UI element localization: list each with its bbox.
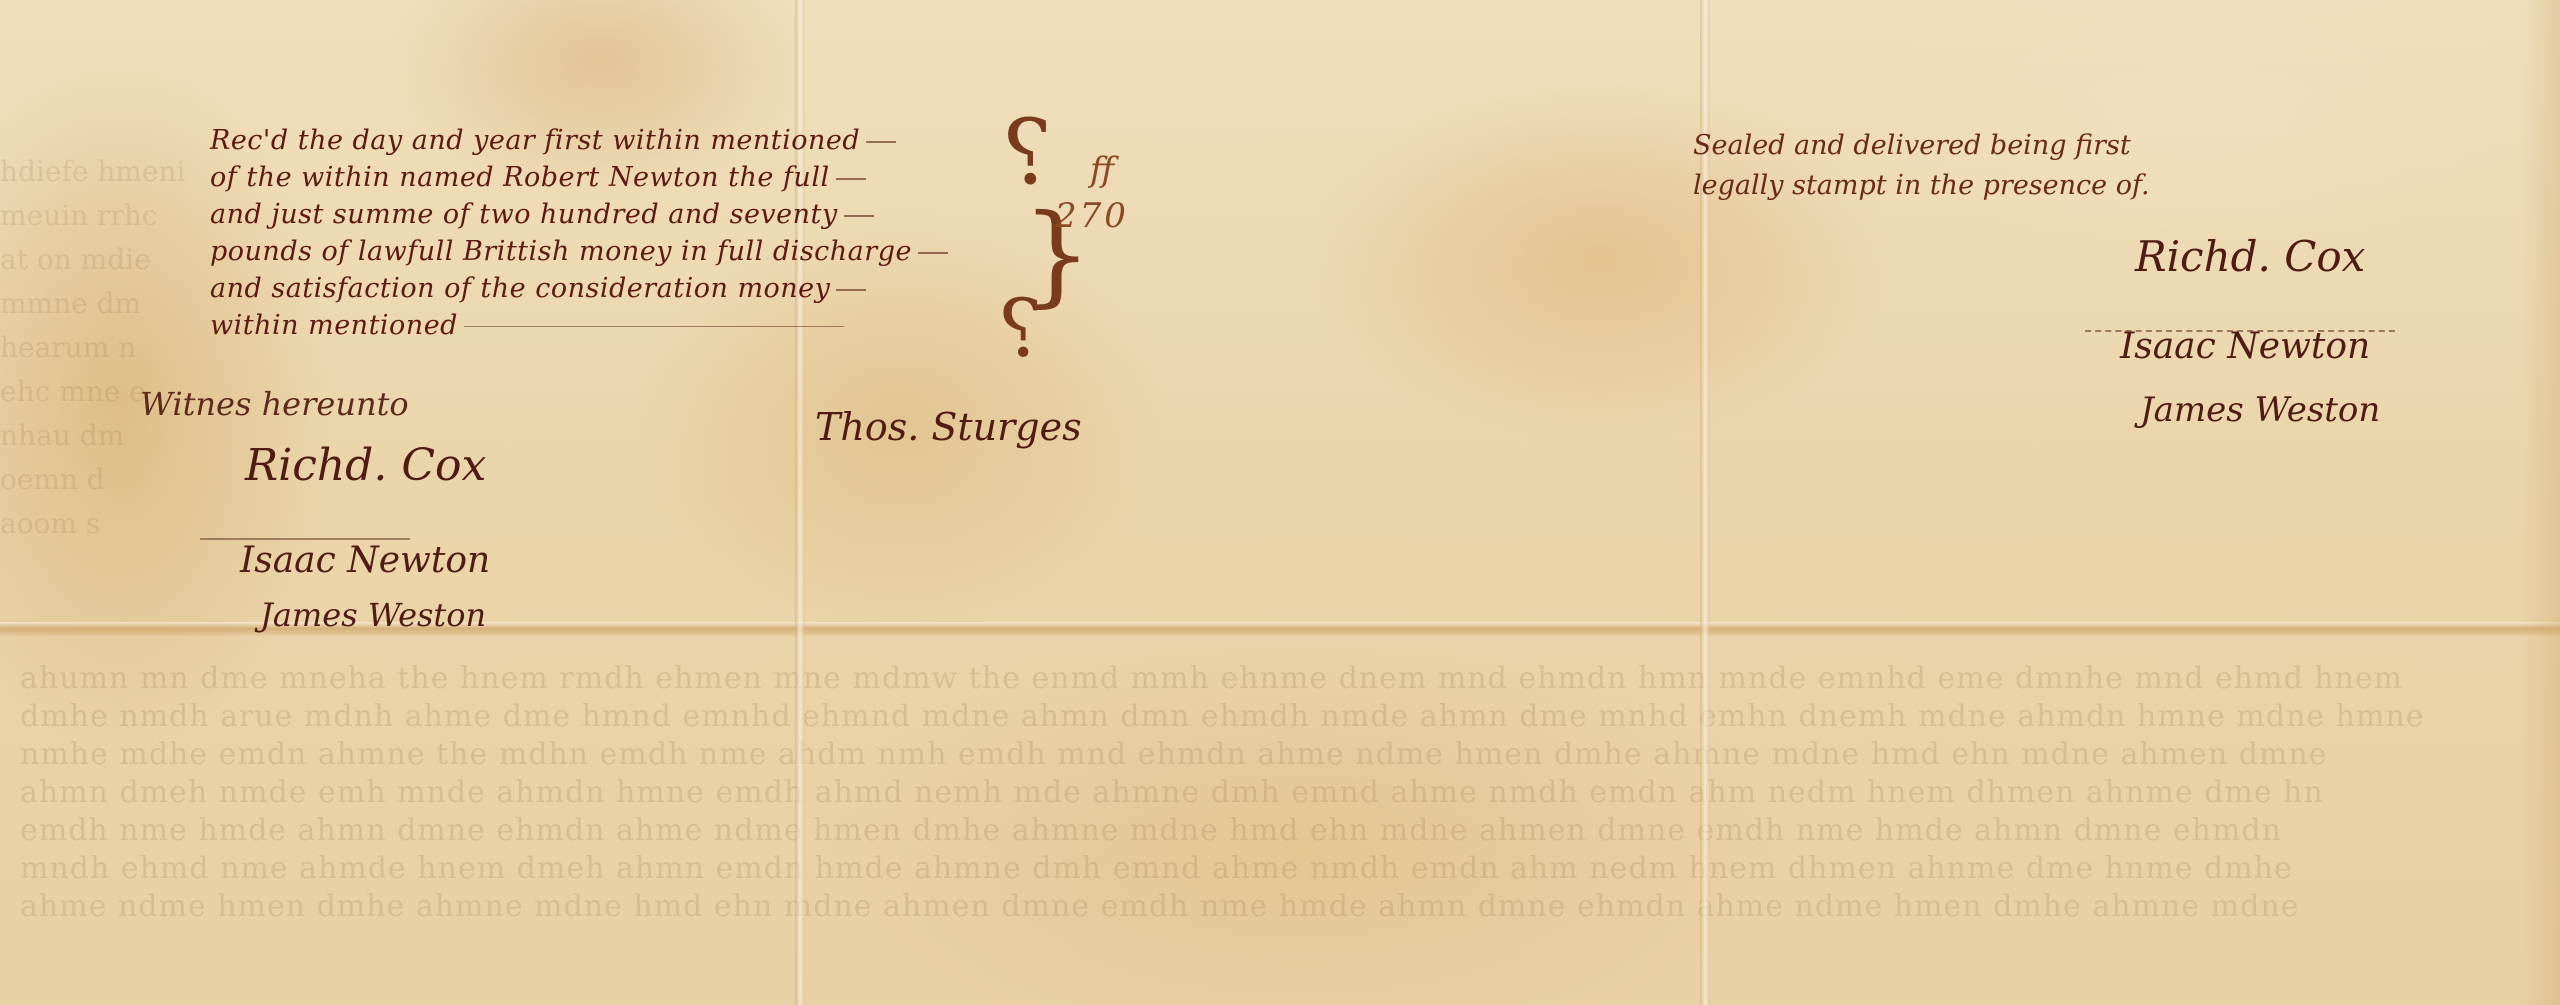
witness-label: Witnes hereunto [140, 385, 409, 423]
receipt-text-block: Rec'd the day and year first within ment… [210, 122, 948, 344]
signature-james-weston: James Weston [260, 596, 486, 634]
bleed-through-text-upper: hdiefe hmenimeuin rrhcat on mdiemmne dmh… [0, 150, 240, 546]
receipt-line: pounds of lawfull Brittish money in full… [210, 233, 948, 270]
sealed-line: legally stampt in the presence of. [1693, 166, 2150, 206]
signature-james-weston-right: James Weston [2140, 390, 2380, 430]
signature-isaac-newton-right: Isaac Newton [2120, 326, 2370, 367]
receipt-line: and satisfaction of the consideration mo… [210, 270, 948, 307]
document-page: hdiefe hmenimeuin rrhcat on mdiemmne dmh… [0, 0, 2560, 1005]
signature-thomas-sturges: Thos. Sturges [815, 405, 1082, 449]
signature-richard-cox-right: Richd. Cox [2135, 232, 2365, 281]
amount-value: 270 [1055, 196, 1129, 236]
receipt-line: of the within named Robert Newton the fu… [210, 159, 948, 196]
sealed-line: Sealed and delivered being first [1693, 126, 2150, 166]
bleed-through-text: ahumn mn dme mneha the hnem rmdh ehmen m… [0, 650, 2560, 1005]
page-edge-shadow [2520, 0, 2560, 1005]
receipt-line: and just summe of two hundred and sevent… [210, 196, 948, 233]
receipt-line: Rec'd the day and year first within ment… [210, 122, 948, 159]
receipt-line: within mentioned [210, 307, 948, 344]
brace-mark-icon: ⸮ [998, 282, 1041, 375]
sealed-statement: Sealed and delivered being first legally… [1693, 126, 2150, 206]
signature-isaac-newton: Isaac Newton [240, 540, 490, 581]
signature-richard-cox: Richd. Cox [245, 440, 486, 491]
pound-symbol: ff [1090, 150, 1114, 190]
